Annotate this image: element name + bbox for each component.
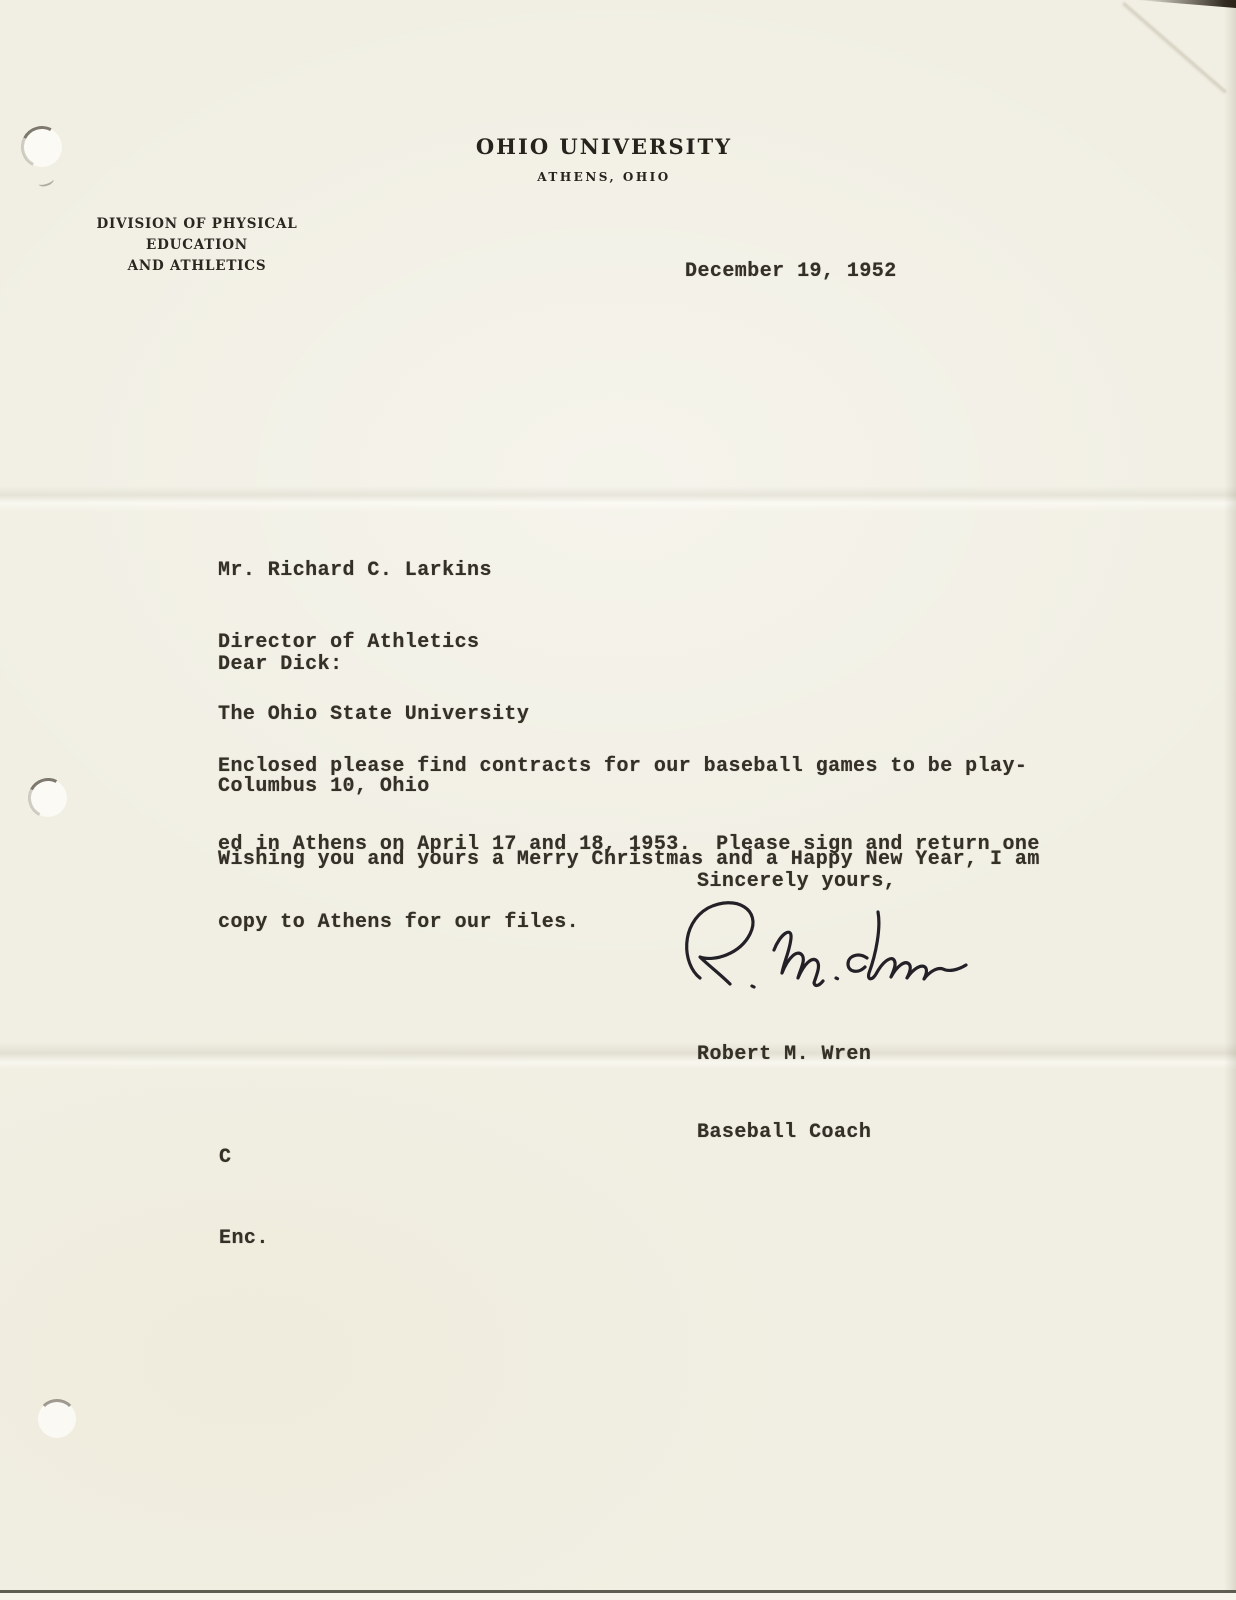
fold-crease-lower (0, 1042, 1236, 1070)
division-line-1: DIVISION OF PHYSICAL EDUCATION (60, 214, 334, 256)
salutation: Dear Dick: (218, 653, 343, 676)
signature-handwriting (678, 898, 973, 998)
recipient-title: Director of Athletics (218, 631, 529, 655)
division-line-2: AND ATHLETICS (60, 256, 334, 277)
corner-crease (1121, 2, 1227, 95)
fold-crease-upper (0, 486, 1236, 512)
scanned-letter-page: OHIO UNIVERSITY ATHENS, OHIO DIVISION OF… (0, 0, 1236, 1600)
recipient-name: Mr. Richard C. Larkins (218, 559, 529, 583)
punch-hole-bottom (38, 1400, 76, 1438)
date-line: December 19, 1952 (685, 260, 897, 283)
copy-notation: C (219, 1144, 269, 1171)
signature-block: Robert M. Wren Baseball Coach (697, 990, 871, 1198)
letterhead-subtitle: ATHENS, OHIO (0, 170, 1208, 184)
letterhead: OHIO UNIVERSITY ATHENS, OHIO (0, 134, 1208, 184)
page-right-shadow (1224, 0, 1236, 1600)
letterhead-division: DIVISION OF PHYSICAL EDUCATION AND ATHLE… (60, 214, 334, 277)
body-line: Wishing you and yours a Merry Christmas … (218, 847, 1040, 873)
scan-edge-artifact (1136, 0, 1236, 8)
reference-notations: C Enc. (219, 1090, 269, 1306)
body-line: Enclosed please find contracts for our b… (218, 754, 1040, 780)
punch-hole-middle (29, 779, 67, 817)
enclosure-notation: Enc. (219, 1225, 269, 1252)
signer-name: Robert M. Wren (697, 1042, 871, 1068)
scan-bottom-strip (0, 1593, 1236, 1600)
letterhead-title: OHIO UNIVERSITY (0, 134, 1208, 159)
valediction: Sincerely yours, (697, 870, 896, 893)
signer-title: Baseball Coach (697, 1120, 871, 1146)
